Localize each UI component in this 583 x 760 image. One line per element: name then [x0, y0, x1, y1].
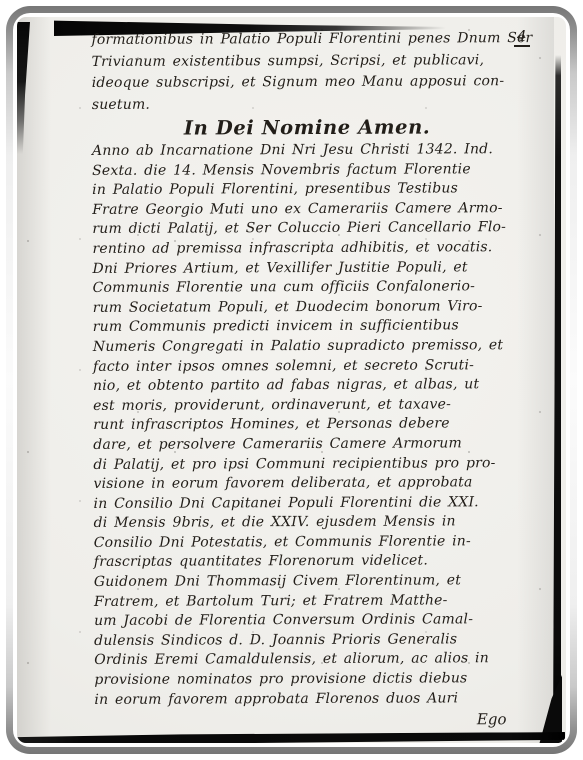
manuscript-line: visione in eorum favorem deliberata, et …: [93, 473, 533, 495]
manuscript-line: rentino ad premissa infrascripta adhibit…: [92, 238, 532, 260]
manuscript-scan: 4 formationibus in Palatio Populi Floren…: [17, 17, 566, 743]
screenshot-root: { "page": { "page_number": "4", "intro_l…: [0, 0, 583, 760]
manuscript-line: Anno ab Incarnatione Dni Nri Jesu Christ…: [92, 140, 532, 162]
manuscript-line: Trivianum existentibus sumpsi, Scripsi, …: [92, 50, 532, 73]
manuscript-line: Consilio Dni Potestatis, et Communis Flo…: [94, 532, 534, 554]
manuscript-line: provisione nominatos pro provisione dict…: [94, 669, 534, 691]
manuscript-line: facto inter ipsos omnes solemni, et secr…: [93, 356, 533, 378]
notary-signature: Ego: [94, 708, 534, 732]
manuscript-line: rum dicti Palatij, et Ser Coluccio Pieri…: [92, 218, 532, 240]
section-heading: In Dei Nomine Amen.: [92, 114, 532, 142]
manuscript-text: formationibus in Palatio Populi Florenti…: [91, 28, 534, 732]
manuscript-line: suetum.: [92, 93, 532, 116]
manuscript-line: Numeris Congregati in Palatio supradicto…: [93, 336, 533, 358]
manuscript-line: rum Communis predicti invicem in suffici…: [93, 316, 533, 338]
manuscript-line: rum Societatum Populi, et Duodecim bonor…: [93, 297, 533, 319]
manuscript-line: um Jacobi de Florentia Conversum Ordinis…: [94, 610, 534, 632]
photo-frame: 4 formationibus in Palatio Populi Floren…: [6, 6, 577, 754]
manuscript-line: formationibus in Palatio Populi Florenti…: [91, 28, 531, 51]
manuscript-line: in Palatio Populi Florentini, presentibu…: [92, 179, 532, 201]
manuscript-line: di Palatij, et pro ipsi Communi recipien…: [93, 454, 533, 476]
manuscript-line: Dni Priores Artium, et Vexillifer Justit…: [92, 258, 532, 280]
manuscript-body: Anno ab Incarnatione Dni Nri Jesu Christ…: [92, 140, 534, 710]
scan-edge-right: [553, 55, 561, 743]
manuscript-line: dulensis Sindicos d. D. Joannis Prioris …: [94, 630, 534, 652]
manuscript-line: in Consilio Dni Capitanei Populi Florent…: [93, 493, 533, 515]
manuscript-line: nio, et obtento partito ad fabas nigras,…: [93, 375, 533, 397]
manuscript-line: dare, et persolvere Camerariis Camere Ar…: [93, 434, 533, 456]
manuscript-line: Ordinis Eremi Camaldulensis, et aliorum,…: [94, 649, 534, 671]
manuscript-line: runt infrascriptos Homines, et Personas …: [93, 414, 533, 436]
manuscript-line: di Mensis 9bris, et die XXIV. ejusdem Me…: [94, 512, 534, 534]
manuscript-line: ideoque subscripsi, et Signum meo Manu a…: [92, 71, 532, 94]
manuscript-line: est moris, providerunt, ordinaverunt, et…: [93, 395, 533, 417]
manuscript-line: Sexta. die 14. Mensis Novembris factum F…: [92, 160, 532, 182]
manuscript-line: Fratrem, et Bartolum Turi; et Fratrem Ma…: [94, 591, 534, 613]
manuscript-line: in eorum favorem approbata Florenos duos…: [94, 689, 534, 711]
manuscript-line: Guidonem Dni Thommasij Civem Florentinum…: [94, 571, 534, 593]
scan-edge-bottom: [17, 732, 565, 743]
manuscript-line: Communis Florentie una cum officiis Conf…: [93, 277, 533, 299]
manuscript-line: frascriptas quantitates Florenorum videl…: [94, 552, 534, 574]
manuscript-line: Fratre Georgio Muti uno ex Camerariis Ca…: [92, 199, 532, 221]
frame-mat: 4 formationibus in Palatio Populi Floren…: [13, 13, 570, 747]
